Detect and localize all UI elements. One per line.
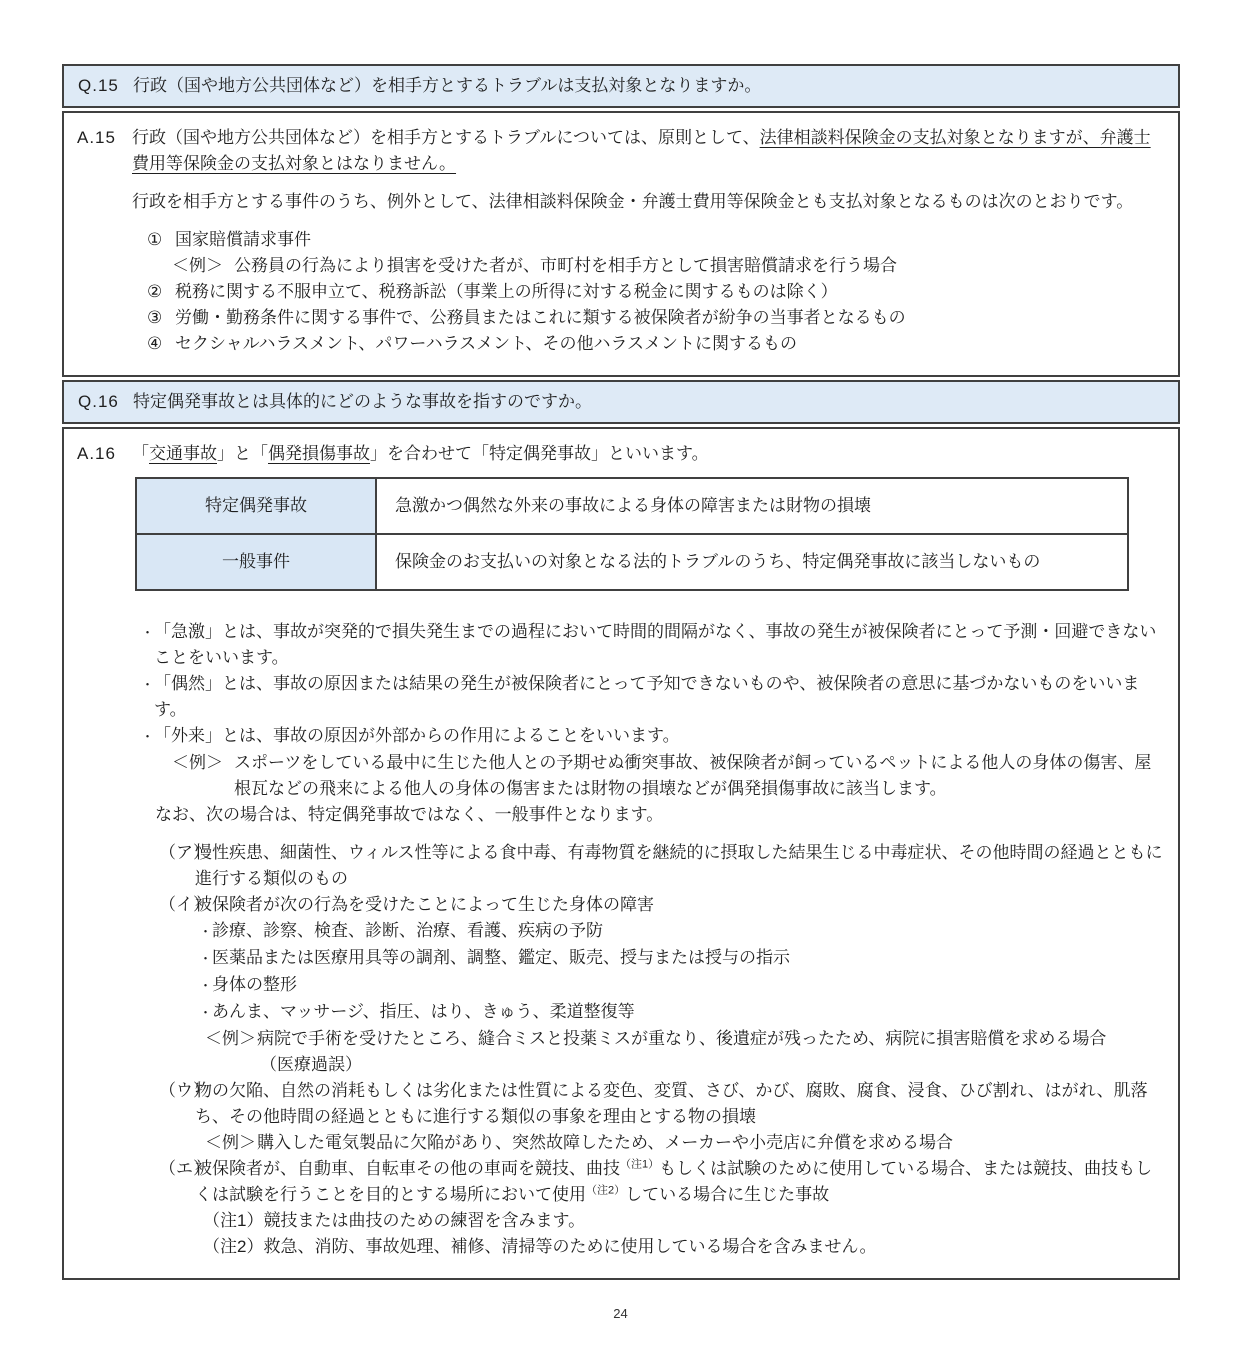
item-text: 被保険者が次の行為を受けたことによって生じた身体の障害 bbox=[195, 892, 1164, 918]
bullet-text: 「急激」とは、事故が突発的で損失発生までの過程において時間的間隔がなく、事故の発… bbox=[154, 619, 1164, 671]
bullet-item: ・ 「偶然」とは、事故の原因または結果の発生が被保険者にとって予知できないものや… bbox=[141, 671, 1164, 723]
a15-answer-row: A.15 行政（国や地方公共団体など）を相手方とするトラブルについては、原則とし… bbox=[77, 125, 1164, 357]
bullet-marker: ・ bbox=[199, 918, 212, 945]
item-body: 被保険者が次の行為を受けたことによって生じた身体の障害 ・ 診療、診察、検査、診… bbox=[195, 892, 1164, 1078]
footnote-list: （注1）競技または曲技のための練習を含みます。 （注2）救急、消防、事故処理、補… bbox=[195, 1208, 1164, 1260]
list-item: （ア） 慢性疾患、細菌性、ウィルス性等による食中毒、有毒物質を継続的に摂取した結… bbox=[159, 840, 1164, 892]
item-marker: （ア） bbox=[159, 840, 195, 892]
definition-bullet-list: ・ 「急激」とは、事故が突発的で損失発生までの過程において時間的間隔がなく、事故… bbox=[132, 619, 1164, 802]
footnote-ref-1: （注1） bbox=[620, 1158, 659, 1170]
a15-answer-box: A.15 行政（国や地方公共団体など）を相手方とするトラブルについては、原則とし… bbox=[62, 111, 1180, 377]
page-number: 24 bbox=[0, 1301, 1241, 1327]
item-text-segment: 被保険者が、自動車、自転車その他の車両を競技、曲技 bbox=[195, 1159, 620, 1178]
example-line: ＜例＞ スポーツをしている最中に生じた他人との予期せぬ衝突事故、被保険者が飼って… bbox=[141, 750, 1164, 802]
example-marker: ＜例＞ bbox=[172, 253, 234, 279]
example-text: 公務員の行為により損害を受けた者が、市町村を相手方として損害賠償請求を行う場合 bbox=[234, 253, 1164, 279]
a16-intro-pre: 「 bbox=[132, 444, 149, 463]
item-body: 物の欠陥、自然の消耗もしくは劣化または性質による変色、変質、さび、かび、腐敗、腐… bbox=[195, 1078, 1164, 1156]
list-item: ② 税務に関する不服申立て、税務訴訟（事業上の所得に対する税金に関するものは除く… bbox=[147, 279, 1164, 305]
sub-bullet-text: あんま、マッサージ、指圧、はり、きゅう、柔道整復等 bbox=[212, 999, 635, 1026]
sub-bullet-item: ・ 医薬品または医療用具等の調剤、調整、鑑定、販売、授与または授与の指示 bbox=[199, 945, 1164, 972]
item-marker: ④ bbox=[147, 331, 175, 357]
bullet-text: 「外来」とは、事故の原因が外部からの作用によることをいいます。 bbox=[154, 723, 1164, 750]
bullet-marker: ・ bbox=[141, 723, 154, 750]
item-text: 国家賠償請求事件 bbox=[175, 227, 1164, 253]
a16-intro-underlined-1: 交通事故 bbox=[149, 444, 217, 463]
sub-bullet-item: ・ あんま、マッサージ、指圧、はり、きゅう、柔道整復等 bbox=[199, 999, 1164, 1026]
table-desc-cell: 急激かつ偶然な外来の事故による身体の障害または財物の損壊 bbox=[376, 478, 1128, 534]
bullet-item: ・ 「急激」とは、事故が突発的で損失発生までの過程において時間的間隔がなく、事故… bbox=[141, 619, 1164, 671]
sub-bullet-item: ・ 診療、診察、検査、診断、治療、看護、疾病の予防 bbox=[199, 918, 1164, 945]
a16-intro-mid: 」と「 bbox=[217, 444, 268, 463]
sub-bullet-item: ・ 身体の整形 bbox=[199, 972, 1164, 999]
sub-bullet-text: 診療、診察、検査、診断、治療、看護、疾病の予防 bbox=[212, 918, 603, 945]
bullet-item: ・ 「外来」とは、事故の原因が外部からの作用によることをいいます。 bbox=[141, 723, 1164, 750]
example-line: ＜例＞ 公務員の行為により損害を受けた者が、市町村を相手方として損害賠償請求を行… bbox=[147, 253, 1164, 279]
a15-intro-text: 行政（国や地方公共団体など）を相手方とするトラブルについては、原則として、 bbox=[132, 128, 760, 147]
item-body: 被保険者が、自動車、自転車その他の車両を競技、曲技（注1）もしくは試験のために使… bbox=[195, 1156, 1164, 1260]
bullet-marker: ・ bbox=[199, 972, 212, 999]
table-row: 特定偶発事故 急激かつ偶然な外来の事故による身体の障害または財物の損壊 bbox=[136, 478, 1128, 534]
item-marker: ③ bbox=[147, 305, 175, 331]
table-term-cell: 一般事件 bbox=[136, 534, 376, 590]
a16-intro-post: 」を合わせて「特定偶発事故」といいます。 bbox=[370, 444, 709, 463]
definition-table: 特定偶発事故 急激かつ偶然な外来の事故による身体の障害または財物の損壊 一般事件… bbox=[135, 477, 1129, 591]
table-term-cell: 特定偶発事故 bbox=[136, 478, 376, 534]
a16-note-paragraph: なお、次の場合は、特定偶発事故ではなく、一般事件となります。 bbox=[132, 802, 1164, 828]
footnote-text: （注2）救急、消防、事故処理、補修、清掃等のために使用している場合を含みません。 bbox=[203, 1234, 1164, 1260]
example-marker: ＜例＞ bbox=[205, 1130, 257, 1156]
item-marker: （イ） bbox=[159, 892, 195, 1078]
item-marker: ① bbox=[147, 227, 175, 253]
a15-answer-body: 行政（国や地方公共団体など）を相手方とするトラブルについては、原則として、法律相… bbox=[132, 125, 1164, 357]
item-text: 税務に関する不服申立て、税務訴訟（事業上の所得に対する税金に関するものは除く） bbox=[175, 279, 1164, 305]
table-row: 一般事件 保険金のお支払いの対象となる法的トラブルのうち、特定偶発事故に該当しな… bbox=[136, 534, 1128, 590]
a15-exception-paragraph: 行政を相手方とする事件のうち、例外として、法律相談料保険金・弁護士費用等保険金と… bbox=[132, 189, 1164, 215]
footnote-ref-2: （注2） bbox=[586, 1184, 625, 1196]
a15-numbered-list: ① 国家賠償請求事件 ＜例＞ 公務員の行為により損害を受けた者が、市町村を相手方… bbox=[132, 227, 1164, 357]
bullet-marker: ・ bbox=[141, 671, 154, 723]
example-line: ＜例＞ 購入した電気製品に欠陥があり、突然故障したため、メーカーや小売店に弁償を… bbox=[195, 1130, 1164, 1156]
a16-label: A.16 bbox=[77, 441, 132, 1260]
document-page: Q.15 行政（国や地方公共団体など）を相手方とするトラブルは支払対象となります… bbox=[0, 0, 1241, 1359]
list-item: ① 国家賠償請求事件 bbox=[147, 227, 1164, 253]
sub-bullet-text: 身体の整形 bbox=[212, 972, 297, 999]
example-text: 病院で手術を受けたところ、縫合ミスと投薬ミスが重なり、後遺症が残ったため、病院に… bbox=[257, 1026, 1164, 1052]
list-item: （エ） 被保険者が、自動車、自転車その他の車両を競技、曲技（注1）もしくは試験の… bbox=[159, 1156, 1164, 1260]
item-text: セクシャルハラスメント、パワーハラスメント、その他ハラスメントに関するもの bbox=[175, 331, 1164, 357]
a16-answer-body: 「交通事故」と「偶発損傷事故」を合わせて「特定偶発事故」といいます。 特定偶発事… bbox=[132, 441, 1164, 1260]
q15-question-box: Q.15 行政（国や地方公共団体など）を相手方とするトラブルは支払対象となります… bbox=[62, 64, 1180, 108]
item-marker: ② bbox=[147, 279, 175, 305]
bullet-marker: ・ bbox=[199, 945, 212, 972]
list-item: ③ 労働・勤務条件に関する事件で、公務員またはこれに類する被保険者が紛争の当事者… bbox=[147, 305, 1164, 331]
list-item: （イ） 被保険者が次の行為を受けたことによって生じた身体の障害 ・ 診療、診察、… bbox=[159, 892, 1164, 1078]
q16-label: Q.16 bbox=[78, 389, 133, 415]
example-marker: ＜例＞ bbox=[205, 1026, 257, 1052]
a16-intro-underlined-2: 偶発損傷事故 bbox=[268, 444, 370, 463]
item-marker: （ウ） bbox=[159, 1078, 195, 1156]
q15-label: Q.15 bbox=[78, 73, 133, 99]
item-text-segment: している場合に生じた事故 bbox=[625, 1185, 829, 1204]
example-text: 購入した電気製品に欠陥があり、突然故障したため、メーカーや小売店に弁償を求める場… bbox=[257, 1130, 1164, 1156]
footnote-text: （注1）競技または曲技のための練習を含みます。 bbox=[203, 1208, 1164, 1234]
item-text: 慢性疾患、細菌性、ウィルス性等による食中毒、有毒物質を継続的に摂取した結果生じる… bbox=[195, 840, 1164, 892]
list-item: ④ セクシャルハラスメント、パワーハラスメント、その他ハラスメントに関するもの bbox=[147, 331, 1164, 357]
q16-question-text: 特定偶発事故とは具体的にどのような事故を指すのですか。 bbox=[133, 389, 592, 415]
example-continuation: （医療過誤） bbox=[195, 1052, 1164, 1078]
sub-bullet-list: ・ 診療、診察、検査、診断、治療、看護、疾病の予防 ・ 医薬品または医療用具等の… bbox=[195, 918, 1164, 1026]
example-marker: ＜例＞ bbox=[172, 750, 234, 802]
example-line: ＜例＞ 病院で手術を受けたところ、縫合ミスと投薬ミスが重なり、後遺症が残ったため… bbox=[195, 1026, 1164, 1052]
q16-question-box: Q.16 特定偶発事故とは具体的にどのような事故を指すのですか。 bbox=[62, 380, 1180, 424]
page-content: Q.15 行政（国や地方公共団体など）を相手方とするトラブルは支払対象となります… bbox=[62, 64, 1180, 1283]
item-marker: （エ） bbox=[159, 1156, 195, 1260]
q15-question-text: 行政（国や地方公共団体など）を相手方とするトラブルは支払対象となりますか。 bbox=[133, 73, 761, 99]
bullet-marker: ・ bbox=[141, 619, 154, 671]
a16-exclusion-list: （ア） 慢性疾患、細菌性、ウィルス性等による食中毒、有毒物質を継続的に摂取した結… bbox=[132, 840, 1164, 1260]
bullet-text: 「偶然」とは、事故の原因または結果の発生が被保険者にとって予知できないものや、被… bbox=[154, 671, 1164, 723]
bullet-marker: ・ bbox=[199, 999, 212, 1026]
a16-answer-row: A.16 「交通事故」と「偶発損傷事故」を合わせて「特定偶発事故」といいます。 … bbox=[77, 441, 1164, 1260]
a15-intro-paragraph: 行政（国や地方公共団体など）を相手方とするトラブルについては、原則として、法律相… bbox=[132, 125, 1164, 177]
a15-label: A.15 bbox=[77, 125, 132, 357]
sub-bullet-text: 医薬品または医療用具等の調剤、調整、鑑定、販売、授与または授与の指示 bbox=[212, 945, 790, 972]
item-text: 被保険者が、自動車、自転車その他の車両を競技、曲技（注1）もしくは試験のために使… bbox=[195, 1156, 1164, 1208]
a16-intro-paragraph: 「交通事故」と「偶発損傷事故」を合わせて「特定偶発事故」といいます。 bbox=[132, 441, 1164, 467]
item-text: 物の欠陥、自然の消耗もしくは劣化または性質による変色、変質、さび、かび、腐敗、腐… bbox=[195, 1078, 1164, 1130]
example-text: スポーツをしている最中に生じた他人との予期せぬ衝突事故、被保険者が飼っているペッ… bbox=[234, 750, 1164, 802]
table-desc-cell: 保険金のお支払いの対象となる法的トラブルのうち、特定偶発事故に該当しないもの bbox=[376, 534, 1128, 590]
list-item: （ウ） 物の欠陥、自然の消耗もしくは劣化または性質による変色、変質、さび、かび、… bbox=[159, 1078, 1164, 1156]
item-text: 労働・勤務条件に関する事件で、公務員またはこれに類する被保険者が紛争の当事者とな… bbox=[175, 305, 1164, 331]
a16-answer-box: A.16 「交通事故」と「偶発損傷事故」を合わせて「特定偶発事故」といいます。 … bbox=[62, 427, 1180, 1280]
